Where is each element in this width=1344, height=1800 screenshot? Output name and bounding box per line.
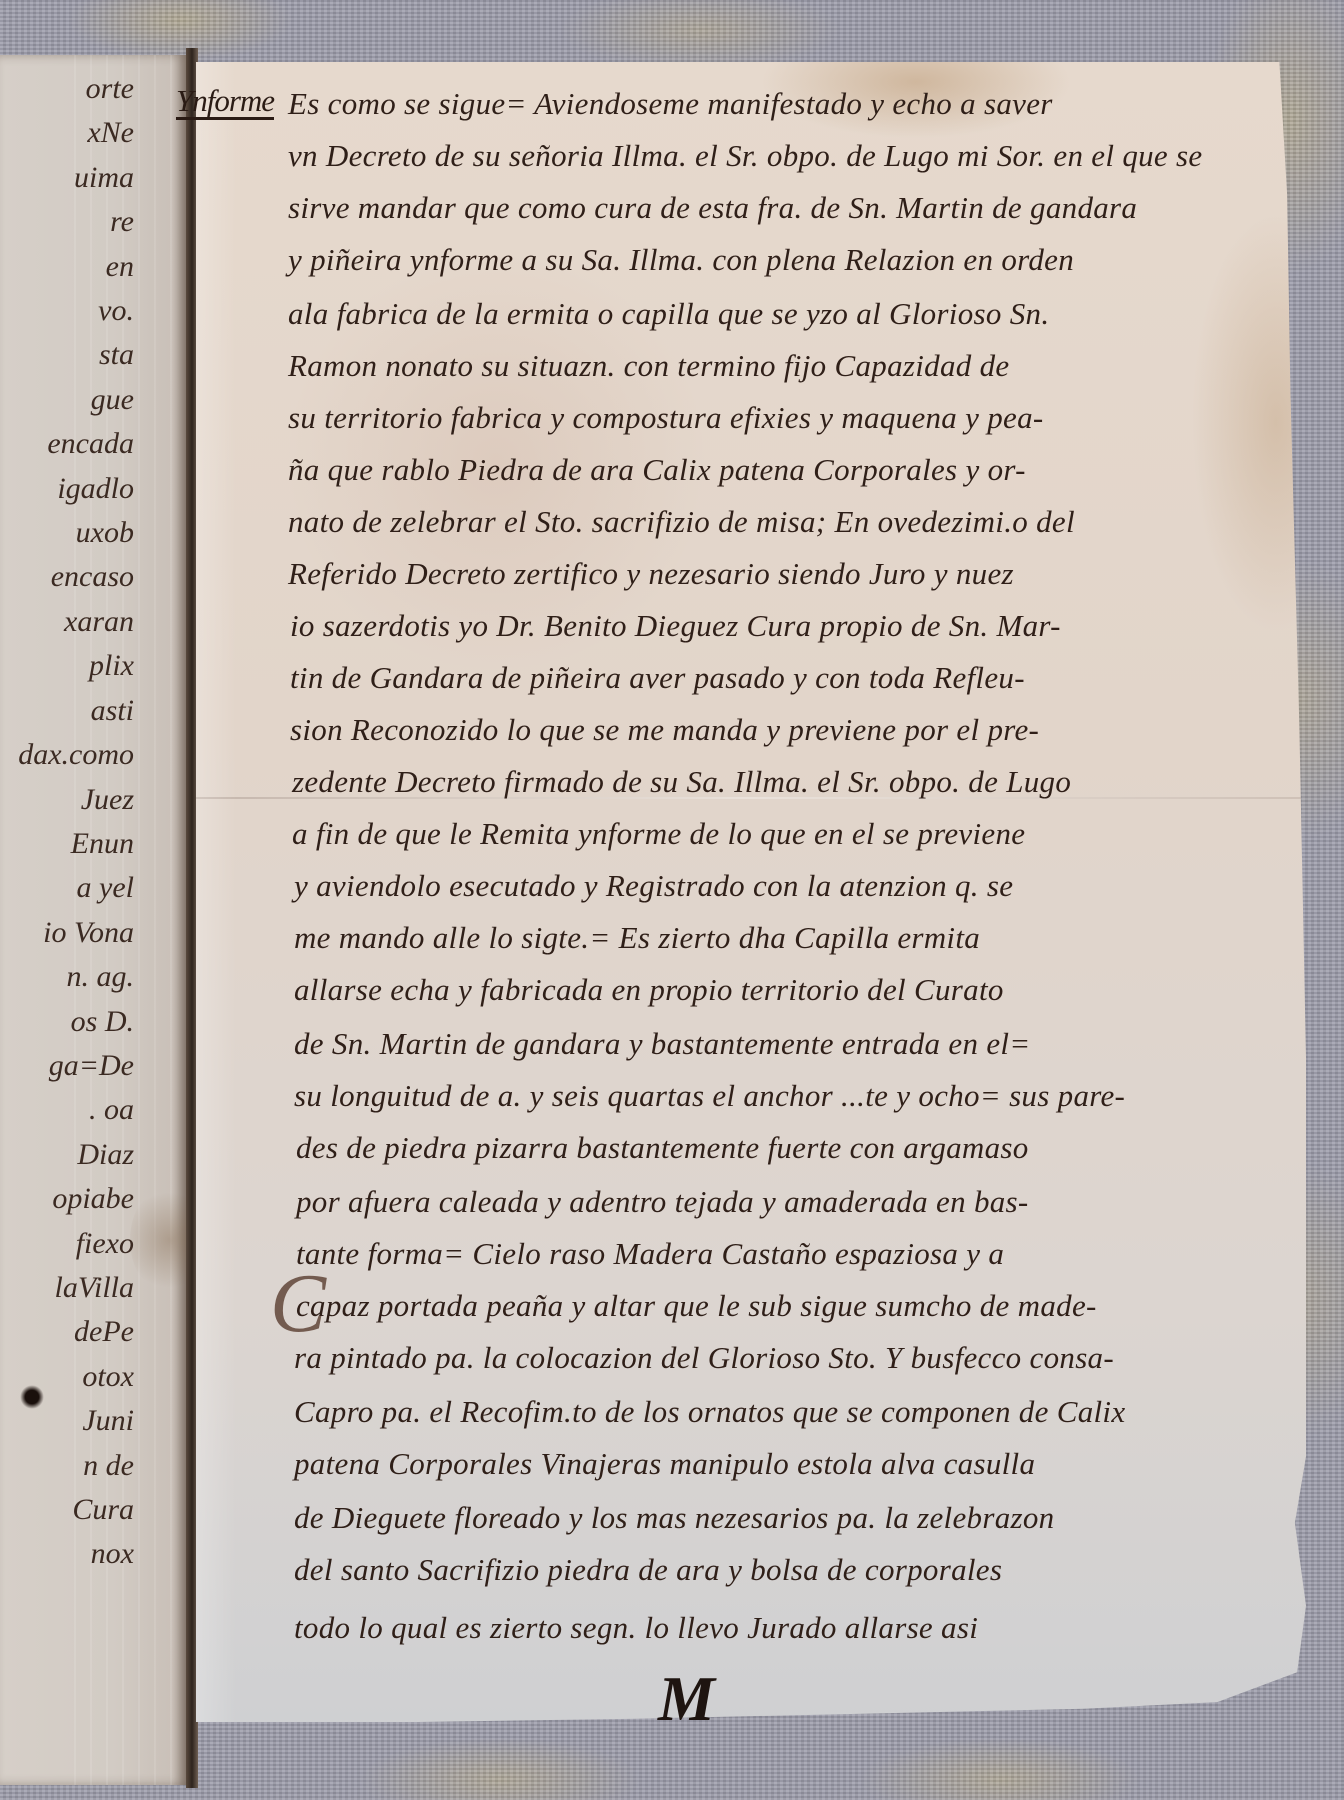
manuscript-line: ala fabrica de la ermita o capilla que s… [288,296,1049,332]
left-line: vo. [0,289,134,333]
left-line: xaran [0,600,134,644]
heading-label: Ynforme [176,85,274,120]
left-line: plix [0,644,134,688]
manuscript-line: a fin de que le Remita ynforme de lo que… [292,816,1025,852]
left-line: . oa [0,1088,134,1132]
left-line: otox [0,1355,134,1399]
left-line: io Vona [0,911,134,955]
manuscript-line: y piñeira ynforme a su Sa. Illma. con pl… [288,242,1074,278]
manuscript-line: io sazerdotis yo Dr. Benito Dieguez Cura… [290,608,1061,644]
left-line: dax.como [0,733,134,777]
left-line: encaso [0,555,134,599]
left-line: Juez [0,778,134,822]
manuscript-line: del santo Sacrifizio piedra de ara y bol… [294,1552,1002,1588]
manuscript-line: patena Corporales Vinajeras manipulo est… [294,1446,1035,1482]
manuscript-line: de Dieguete floreado y los mas nezesario… [294,1500,1054,1536]
left-line: sta [0,333,134,377]
left-line: uxob [0,511,134,555]
manuscript-line: Referido Decreto zertifico y nezesario s… [288,556,1014,592]
manuscript-line: de Sn. Martin de gandara y bastantemente… [294,1026,1031,1062]
left-line: dePe [0,1310,134,1354]
left-line: a yel [0,866,134,910]
left-line: asti [0,689,134,733]
manuscript-line: por afuera caleada y adentro tejada y am… [296,1184,1029,1220]
manuscript-line: su territorio fabrica y compostura efixi… [288,400,1044,436]
manuscript-line: zedente Decreto firmado de su Sa. Illma.… [292,764,1071,800]
manuscript-line: ra pintado pa. la colocazion del Glorios… [294,1340,1114,1376]
manuscript-line: sirve mandar que como cura de esta fra. … [288,190,1137,226]
left-line: ga=De [0,1044,134,1088]
left-line: gue [0,378,134,422]
left-line: n de [0,1444,134,1488]
manuscript-line: Ramon nonato su situazn. con termino fij… [288,348,1009,384]
left-line: re [0,200,134,244]
left-line: fiexo [0,1222,134,1266]
left-line: os D. [0,1000,134,1044]
left-line: encada [0,422,134,466]
manuscript-line: des de piedra pizarra bastantemente fuer… [296,1130,1029,1166]
left-line: laVilla [0,1266,134,1310]
left-line: uima [0,156,134,200]
manuscript-line: y aviendolo esecutado y Registrado con l… [294,868,1013,904]
left-line: n. ag. [0,955,134,999]
manuscript-line: sion Reconozido lo que se me manda y pre… [290,712,1039,748]
left-line: Cura [0,1488,134,1532]
left-line: xNe [0,111,134,155]
left-line: nox [0,1532,134,1576]
manuscript-line: capaz portada peaña y altar que le sub s… [296,1288,1097,1324]
signature-rubric: M [658,1662,715,1736]
manuscript-line: Capro pa. el Recofim.to de los ornatos q… [294,1394,1125,1430]
manuscript-line: vn Decreto de su señoria Illma. el Sr. o… [288,138,1202,174]
left-line: igadlo [0,467,134,511]
manuscript-line: ña que rablo Piedra de ara Calix patena … [288,452,1026,488]
left-page: orte xNe uima re en vo. sta gue encada i… [0,55,188,1785]
left-line: Enun [0,822,134,866]
manuscript-line: allarse echa y fabricada en propio terri… [294,972,1004,1008]
left-line: Diaz [0,1133,134,1177]
left-line: Juni [0,1399,134,1443]
manuscript-line: todo lo qual es zierto segn. lo llevo Ju… [294,1610,978,1646]
manuscript-line: tin de Gandara de piñeira aver pasado y … [290,660,1025,696]
manuscript-line: me mando alle lo sigte.= Es zierto dha C… [294,920,980,956]
left-line: orte [0,67,134,111]
left-line: en [0,245,134,289]
left-line: opiabe [0,1177,134,1221]
manuscript-line: su longuitud de a. y seis quartas el anc… [294,1078,1125,1114]
manuscript-line: tante forma= Cielo raso Madera Castaño e… [296,1236,1004,1272]
manuscript-line: nato de zelebrar el Sto. sacrifizio de m… [288,504,1075,540]
left-page-text: orte xNe uima re en vo. sta gue encada i… [0,67,134,1577]
manuscript-line: Es como se sigue= Aviendoseme manifestad… [288,86,1053,122]
